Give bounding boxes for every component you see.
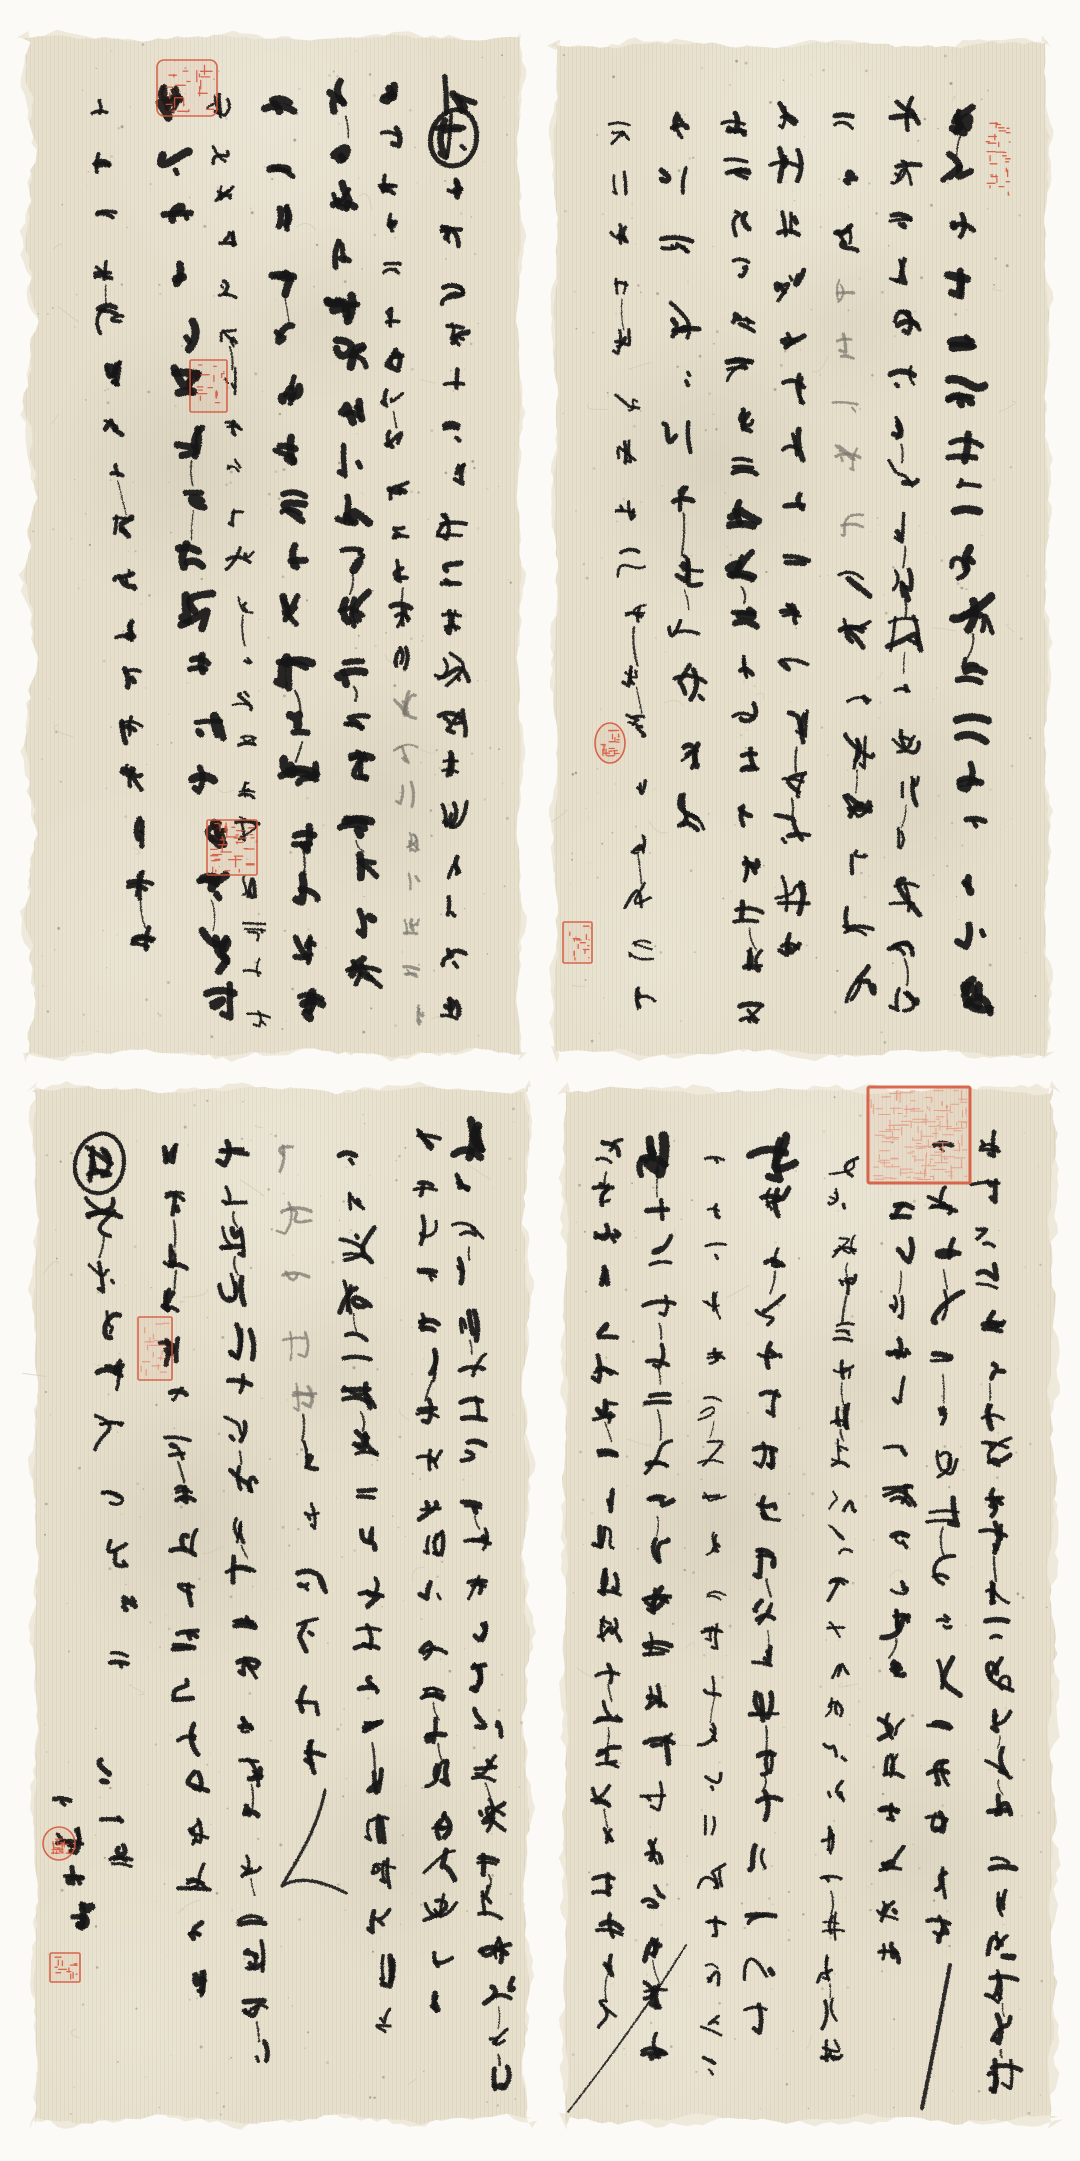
brush-stroke: [842, 1757, 845, 1760]
brush-stroke: [934, 1354, 951, 1357]
paper-fiber-speck: [148, 1657, 149, 1658]
brush-stroke: [95, 272, 110, 273]
ligature-stroke: [899, 1272, 901, 1294]
brush-stroke: [709, 2016, 719, 2024]
calligraphy-glyph: [448, 897, 455, 916]
paper-fiber-speck: [447, 804, 450, 807]
calligraphy-glyph: [373, 1859, 395, 1887]
paper-fiber-speck: [673, 1140, 675, 1142]
calligraphy-glyph: [103, 1492, 123, 1504]
paper-fiber-speck: [1020, 1012, 1021, 1013]
brush-stroke: [894, 571, 898, 589]
paper-fiber-speck: [478, 323, 479, 324]
calligraphy-glyph: [708, 1205, 719, 1218]
paper-fiber-speck: [477, 680, 478, 681]
calligraphy-glyph: [296, 937, 315, 963]
brush-stroke: [339, 446, 345, 476]
calligraphy-glyph: [632, 836, 645, 853]
brush-stroke: [770, 1970, 773, 1974]
ligature-stroke: [841, 1430, 844, 1440]
paper-fiber-speck: [674, 1734, 676, 1736]
brush-stroke: [713, 1677, 714, 1696]
brush-stroke: [90, 1148, 93, 1180]
ligature-stroke: [242, 1546, 248, 1558]
ligature-stroke: [957, 136, 961, 155]
brush-stroke: [469, 1120, 473, 1158]
calligraphy-glyph: [421, 1216, 437, 1244]
paper-fiber-speck: [926, 1465, 928, 1467]
calligraphy-column: [833, 115, 874, 1001]
paper-fiber-speck: [462, 1479, 464, 1481]
calligraphy-glyph: [958, 659, 984, 682]
paper-fiber-speck: [1020, 2009, 1021, 2010]
paper-fiber-speck: [631, 1182, 633, 1184]
calligraphy-glyph: [966, 819, 985, 826]
brush-stroke: [831, 1999, 837, 2021]
brush-stroke: [174, 1698, 193, 1700]
ligature-stroke: [141, 899, 146, 928]
paper-fiber-speck: [76, 294, 78, 296]
paper-fiber-speck: [164, 1883, 166, 1885]
calligraphy-glyph: [343, 1384, 375, 1408]
calligraphy-glyph: [494, 2067, 509, 2089]
calligraphy-glyph: [270, 168, 293, 177]
calligraphy-glyph: [222, 1227, 244, 1256]
paper-fiber-speck: [281, 1946, 283, 1948]
calligraphy-glyph: [434, 1953, 452, 1966]
paper-fiber-speck: [598, 419, 599, 420]
paper-fiber-speck: [978, 1749, 979, 1750]
paper-fiber-speck: [106, 967, 107, 968]
brush-stroke: [114, 518, 133, 519]
calligraphy-glyph: [97, 1361, 122, 1389]
calligraphy-glyph: [333, 183, 354, 208]
paper-fiber-speck: [838, 178, 840, 180]
ligature-stroke: [941, 1527, 944, 1557]
brush-stroke: [643, 1900, 657, 1907]
brush-stroke: [240, 794, 254, 798]
calligraphy-glyph: [239, 736, 256, 745]
paper-fiber-speck: [372, 590, 374, 592]
paper-fiber-speck: [55, 1229, 57, 1231]
brush-stroke: [244, 970, 261, 973]
ligature-stroke: [354, 687, 357, 701]
paper-fiber-speck: [483, 161, 484, 162]
brush-stroke: [221, 332, 233, 341]
paper-fiber-speck: [97, 1291, 99, 1293]
brush-stroke: [903, 1533, 904, 1536]
paper-fiber-speck: [726, 1655, 727, 1656]
brush-stroke: [402, 607, 403, 625]
paper-fiber-speck: [471, 460, 474, 463]
calligraphy-glyph: [896, 513, 904, 542]
brush-stroke: [699, 1407, 715, 1419]
calligraphy-glyph: [992, 2015, 1010, 2043]
paper-fiber-speck: [373, 2097, 375, 2099]
brush-stroke: [927, 1520, 953, 1522]
paper-fiber-speck: [885, 1925, 886, 1926]
brush-stroke: [631, 716, 644, 717]
paper-fiber-speck: [147, 391, 150, 394]
calligraphy-glyph: [490, 2029, 507, 2044]
calligraphy-glyph: [339, 1153, 355, 1164]
brush-stroke: [758, 1354, 780, 1357]
seal-border: [43, 1827, 75, 1860]
seal-border: [157, 60, 217, 116]
calligraphy-glyph: [623, 667, 637, 686]
paper-fiber-speck: [367, 1697, 369, 1699]
calligraphy-glyph: [417, 1400, 438, 1423]
paper-fiber-speck: [113, 806, 114, 807]
brush-stroke: [982, 616, 992, 633]
brush-stroke: [903, 480, 917, 484]
calligraphy-glyph: [682, 744, 698, 768]
paper-fiber-speck: [174, 1427, 176, 1429]
paper-fiber-speck: [326, 2061, 329, 2064]
paper-fiber-speck: [635, 243, 636, 244]
brush-stroke: [75, 1134, 124, 1194]
brush-stroke: [906, 1349, 909, 1353]
paper-fiber-speck: [220, 2113, 222, 2115]
brush-stroke: [995, 1523, 999, 1553]
calligraphy-glyph: [890, 214, 911, 227]
calligraphy-glyph: [705, 1157, 723, 1162]
paper-fiber-speck: [38, 313, 39, 314]
paper-fiber-speck: [68, 1650, 70, 1652]
brush-stroke: [761, 1849, 765, 1867]
brush-stroke: [835, 122, 853, 128]
paper-fiber-speck: [946, 865, 948, 867]
paper-fiber-speck: [621, 1750, 623, 1752]
brush-stroke: [712, 1817, 715, 1834]
paper-fiber-speck: [110, 155, 113, 158]
brush-stroke: [673, 320, 676, 325]
brush-stroke: [743, 214, 749, 229]
brush-stroke: [750, 749, 753, 767]
paper-fiber-speck: [121, 283, 123, 285]
paper-fiber-speck: [597, 877, 599, 879]
brush-stroke: [949, 456, 976, 457]
paper-fiber-speck: [206, 1100, 208, 1102]
calligraphy-glyph: [762, 1188, 789, 1216]
paper-fiber-speck: [718, 2002, 721, 2005]
brush-stroke: [273, 99, 290, 103]
brush-stroke: [335, 241, 339, 267]
calligraphy-glyph: [884, 1755, 903, 1777]
calligraphy-glyph: [833, 1235, 855, 1257]
brush-stroke: [216, 894, 219, 898]
calligraphy-glyph: [988, 1932, 1014, 1957]
brush-stroke: [612, 1238, 615, 1242]
paper-fiber-speck: [1010, 466, 1012, 468]
brush-stroke: [841, 356, 853, 359]
paper-fiber-speck: [694, 951, 696, 953]
paper-fiber-speck: [998, 1230, 1000, 1232]
paper-fiber-speck: [159, 293, 161, 295]
paper-fiber-speck: [218, 1433, 221, 1436]
paper-fiber-speck: [444, 180, 446, 182]
calligraphy-glyph: [879, 1944, 898, 1963]
paper-fiber-speck: [168, 714, 169, 715]
calligraphy-glyph: [785, 556, 809, 563]
paper-fiber-speck: [428, 519, 430, 521]
paper-fiber-speck: [395, 1179, 397, 1181]
paper-fiber-speck: [584, 1231, 586, 1233]
ligature-stroke: [99, 1237, 104, 1258]
brush-stroke: [224, 281, 228, 294]
paper-fiber-speck: [431, 1281, 433, 1283]
calligraphy-glyph: [834, 1361, 853, 1378]
calligraphy-glyph: [597, 1914, 622, 1936]
paper-fiber-speck: [871, 1883, 873, 1885]
calligraphy-glyph: [92, 100, 107, 113]
brush-stroke: [598, 1719, 620, 1720]
paper-fiber-speck: [573, 1592, 574, 1593]
paper-fiber-speck: [687, 1435, 689, 1437]
brush-stroke: [801, 715, 804, 742]
brush-stroke: [463, 711, 466, 736]
calligraphy-glyph: [698, 1864, 725, 1888]
paper-fiber-speck: [46, 1154, 48, 1156]
paper-fiber-speck: [433, 970, 435, 972]
brush-stroke: [651, 1498, 674, 1505]
paper-fiber-speck: [431, 1854, 432, 1855]
paper-fiber-speck: [109, 1567, 112, 1570]
paper-fiber-speck: [104, 1857, 106, 1859]
paper-fiber-speck: [467, 921, 468, 922]
paper-fiber-speck: [254, 961, 257, 964]
brush-stroke: [343, 1398, 369, 1403]
calligraphy-panel-top-right: [552, 40, 1050, 1058]
calligraphy-glyph: [747, 1915, 775, 1924]
calligraphy-glyph: [479, 1887, 501, 1919]
paper-fiber-speck: [435, 1751, 436, 1752]
calligraphy-glyph: [599, 2001, 616, 2028]
paper-fiber-speck: [498, 748, 500, 750]
brush-stroke: [900, 1377, 904, 1401]
ligature-stroke: [770, 1272, 775, 1294]
brush-stroke: [894, 1910, 896, 1912]
paper-fiber-speck: [60, 1032, 61, 1033]
brush-stroke: [958, 679, 981, 682]
brush-stroke: [986, 1620, 1008, 1621]
paper-fiber-speck: [218, 70, 220, 72]
paper-fiber-speck: [77, 2015, 79, 2017]
paper-fiber-speck: [82, 1041, 83, 1042]
ligature-stroke: [402, 588, 403, 604]
paper-fiber-speck: [821, 1619, 822, 1620]
brush-stroke: [972, 1182, 999, 1184]
calligraphy-glyph: [837, 334, 853, 358]
calligraphy-glyph: [190, 655, 208, 671]
paper-fiber-speck: [230, 1042, 231, 1043]
ligature-stroke: [684, 590, 689, 610]
paper-fiber-strand: [993, 287, 1002, 290]
calligraphy-glyph: [453, 1223, 483, 1238]
brush-stroke: [944, 1626, 951, 1628]
brush-stroke: [430, 1350, 436, 1373]
paper-fiber-speck: [88, 171, 89, 172]
brush-stroke: [1003, 1956, 1014, 1958]
paper-fiber-speck: [62, 204, 64, 206]
paper-fiber-speck: [107, 388, 109, 390]
paper-fiber-speck: [361, 268, 363, 270]
calligraphy-glyph: [359, 911, 373, 936]
calligraphy-glyph: [750, 1693, 778, 1721]
brush-stroke: [898, 321, 917, 325]
ligature-stroke: [710, 1421, 714, 1437]
paper-fiber-speck: [87, 185, 88, 186]
paper-fiber-speck: [68, 1761, 70, 1763]
brush-stroke: [177, 1207, 178, 1211]
paper-fiber-speck: [687, 1400, 690, 1403]
paper-fiber-speck: [134, 1245, 137, 1248]
calligraphy-glyph: [708, 1349, 724, 1363]
calligraphy-glyph: [821, 2041, 841, 2061]
calligraphy-glyph: [821, 1876, 841, 1880]
paper-fiber-speck: [387, 1458, 388, 1459]
brush-stroke: [403, 758, 406, 761]
calligraphy-glyph: [386, 432, 401, 447]
brush-stroke: [846, 181, 849, 183]
paper-fiber-speck: [369, 1175, 370, 1176]
brush-stroke: [894, 1399, 898, 1403]
calligraphy-glyph: [419, 1503, 440, 1520]
paper-fiber-speck: [996, 1476, 999, 1479]
paper-fiber-speck: [646, 1974, 647, 1975]
brush-stroke: [783, 839, 786, 843]
brush-stroke: [190, 668, 206, 670]
calligraphy-glyph: [394, 528, 408, 538]
paper-fiber-speck: [486, 488, 489, 491]
calligraphy-glyph: [593, 1875, 614, 1895]
brush-stroke: [235, 460, 240, 468]
paper-fiber-speck: [127, 227, 129, 229]
brush-stroke: [842, 1361, 844, 1378]
paper-fiber-speck: [180, 1506, 183, 1509]
brush-stroke: [243, 923, 265, 924]
paper-fiber-speck: [1040, 1980, 1043, 1983]
paper-fiber-speck: [870, 1658, 871, 1659]
brush-stroke: [407, 970, 409, 972]
paper-fiber-speck: [973, 156, 974, 157]
calligraphy-glyph: [829, 1525, 852, 1553]
paper-fiber-speck: [345, 1910, 346, 1911]
paper-fiber-speck: [833, 1820, 836, 1823]
paper-fiber-speck: [829, 1936, 832, 1939]
paper-fiber-speck: [145, 2076, 146, 2077]
calligraphy-glyph: [377, 2009, 390, 2031]
brush-stroke: [447, 326, 462, 328]
calligraphy-column: [218, 1142, 267, 2062]
paper-fiber-speck: [734, 2038, 736, 2040]
ligature-stroke: [346, 116, 349, 137]
paper-fiber-speck: [372, 1951, 374, 1953]
paper-fiber-speck: [601, 843, 603, 845]
paper-fiber-speck: [1027, 734, 1028, 735]
brush-stroke: [958, 925, 970, 947]
brush-stroke: [449, 865, 457, 878]
brush-stroke: [900, 224, 905, 228]
ligature-stroke: [766, 1579, 771, 1596]
paper-fiber-speck: [296, 1453, 298, 1455]
paper-fiber-speck: [692, 1571, 695, 1574]
calligraphy-panel-top-left: [22, 34, 522, 1058]
paper-fiber-speck: [744, 1927, 746, 1929]
calligraphy-glyph: [783, 375, 804, 403]
paper-fiber-speck: [207, 1317, 208, 1318]
brush-stroke: [927, 1920, 949, 1924]
brush-stroke: [848, 579, 869, 596]
brush-stroke: [189, 322, 196, 350]
paper-fiber-speck: [159, 1014, 162, 1017]
brush-stroke: [733, 470, 756, 474]
paper-fiber-strand: [432, 1017, 441, 1020]
brush-stroke: [399, 354, 400, 367]
paper-fiber-speck: [268, 493, 271, 496]
calligraphy-glyph: [351, 752, 372, 779]
paper-fiber-speck: [130, 106, 131, 107]
paper-fiber-speck: [99, 1797, 101, 1799]
calligraphy-glyph: [641, 1783, 665, 1811]
brush-stroke: [400, 648, 403, 663]
brush-stroke: [654, 2034, 659, 2058]
brush-stroke: [356, 1452, 376, 1454]
paper-fiber-speck: [790, 701, 791, 702]
paper-fiber-speck: [168, 482, 169, 483]
paper-fiber-speck: [869, 1909, 871, 1911]
calligraphy-glyph: [626, 605, 646, 621]
brush-stroke: [658, 1686, 660, 1706]
brush-stroke: [367, 1677, 372, 1685]
calligraphy-glyph: [424, 1895, 456, 1920]
paper-fiber-strand: [178, 1900, 200, 1913]
calligraphy-glyph: [884, 1486, 915, 1506]
brush-stroke: [409, 873, 411, 889]
calligraphy-glyph: [114, 516, 133, 536]
paper-fiber-speck: [688, 1380, 689, 1381]
brush-stroke: [376, 1910, 390, 1925]
paper-fiber-speck: [45, 1391, 47, 1393]
paper-fiber-speck: [125, 1584, 127, 1586]
brush-stroke: [444, 423, 458, 425]
calligraphy-glyph: [291, 546, 306, 567]
brush-stroke: [961, 275, 962, 297]
brush-stroke: [822, 2001, 827, 2029]
calligraphy-glyph: [701, 2016, 721, 2036]
paper-fiber-speck: [810, 74, 812, 76]
calligraphy-glyph: [396, 648, 408, 669]
calligraphy-glyph: [240, 1760, 262, 1786]
paper-fiber-speck: [103, 660, 106, 663]
paper-fiber-speck: [790, 455, 791, 456]
brush-stroke: [234, 1519, 238, 1537]
calligraphy-glyph: [758, 1344, 780, 1368]
calligraphy-glyph: [445, 77, 475, 113]
calligraphy-column: [943, 107, 992, 1013]
paper-fiber-speck: [665, 651, 666, 652]
paper-fiber-speck: [848, 206, 849, 207]
ligature-stroke: [174, 1270, 176, 1289]
paper-fiber-speck: [300, 1448, 303, 1451]
brush-stroke: [445, 563, 461, 571]
paper-fiber-speck: [883, 594, 885, 596]
paper-fiber-speck: [60, 781, 62, 783]
calligraphy-glyph: [758, 1497, 780, 1520]
paper-fiber-speck: [873, 1539, 875, 1541]
brush-stroke: [369, 1528, 372, 1542]
paper-fiber-speck: [588, 1871, 590, 1873]
